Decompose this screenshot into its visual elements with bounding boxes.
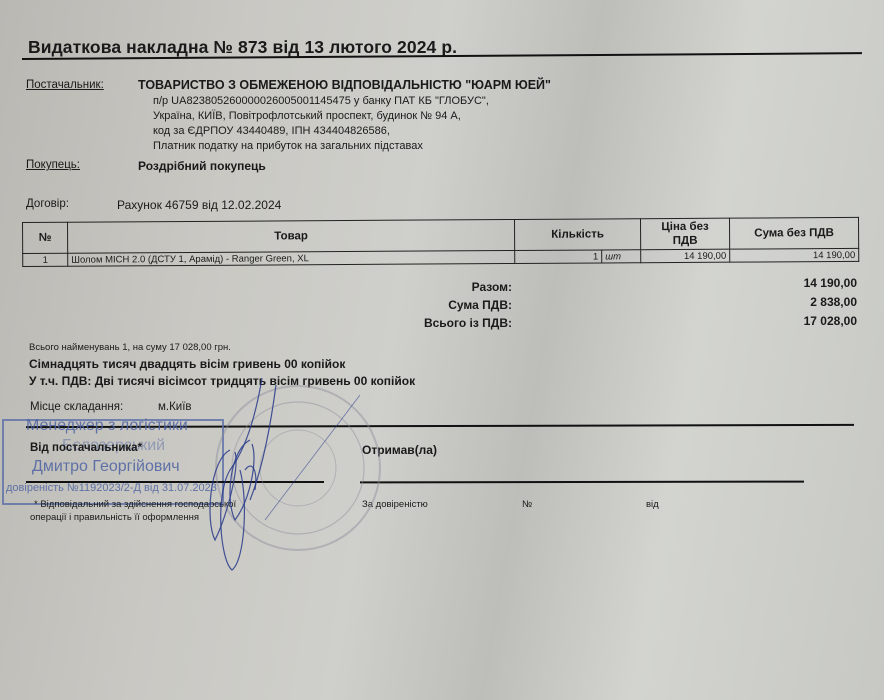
header-price: Ціна без ПДВ [640, 218, 729, 250]
amount-in-words: Сімнадцять тисяч двадцять вісім гривень … [29, 357, 345, 371]
contract-label: Договір: [26, 198, 69, 210]
header-price-line1: Ціна без [661, 221, 708, 233]
vat-value: 2 838,00 [737, 295, 857, 309]
footnote-line1: * Відповідальний за здійснення господарс… [34, 499, 236, 510]
buyer-value: Роздрібний покупець [138, 159, 266, 173]
total-value: 17 028,00 [737, 314, 857, 328]
poa-date-label: від [646, 499, 659, 510]
table-header-row: № Товар Кількість Ціна без ПДВ Сума без … [23, 217, 859, 253]
row-num: 1 [23, 253, 68, 266]
stamp-power-of-attorney: довіреність №1192023/2-Д від 31.07.2023 [6, 482, 217, 494]
supplier-tax-status: Платник податку на прибуток на загальних… [153, 140, 423, 152]
supplier-label: Постачальник: [26, 79, 104, 91]
contract-value: Рахунок 46759 від 12.02.2024 [117, 198, 281, 212]
total-label: Всього із ПДВ: [312, 316, 512, 330]
footnote-line2: операції і правильність її оформлення [30, 512, 199, 523]
vat-in-words: У т.ч. ПДВ: Дві тисячі вісімсот тридцять… [29, 374, 415, 388]
row-unit: шт [602, 250, 641, 263]
stamp-name: Дмитро Георгійович [32, 458, 180, 476]
header-qty: Кількість [514, 219, 640, 251]
supplier-signature-line [26, 481, 324, 483]
poa-number-label: № [522, 499, 532, 510]
summary-line: Всього найменувань 1, на суму 17 028,00 … [29, 342, 231, 353]
supplier-address: Україна, КИЇВ, Повітрофлотський проспект… [153, 110, 461, 122]
place-value: м.Київ [158, 401, 192, 413]
header-num: № [23, 222, 68, 253]
supplier-account: п/р UA823805260000026005001145475 у банк… [153, 95, 489, 107]
row-sum: 14 190,00 [730, 248, 859, 262]
received-label: Отримав(ла) [362, 443, 437, 457]
row-product: Шолом MICH 2.0 (ДСТУ 1, Арамід) - Ranger… [68, 250, 515, 266]
receiver-signature-line [360, 481, 804, 483]
items-table: № Товар Кількість Ціна без ПДВ Сума без … [22, 217, 859, 267]
from-supplier-label: Від постачальника* [30, 442, 142, 454]
buyer-label: Покупець: [26, 159, 80, 171]
header-price-line2: ПДВ [673, 235, 698, 247]
subtotal-value: 14 190,00 [737, 276, 857, 290]
place-label: Місце складання: [30, 401, 123, 413]
supplier-name: ТОВАРИСТВО З ОБМЕЖЕНОЮ ВІДПОВІДАЛЬНІСТЮ … [138, 78, 551, 92]
stamp-position: Менеджер з логістики [26, 417, 188, 435]
power-of-attorney-label: За довіреністю [362, 499, 428, 510]
header-product: Товар [68, 219, 515, 253]
signature-stroke-icon [265, 395, 360, 520]
subtotal-label: Разом: [312, 280, 512, 294]
vat-label: Сума ПДВ: [312, 298, 512, 312]
row-price: 14 190,00 [641, 249, 730, 263]
header-sum: Сума без ПДВ [729, 217, 858, 249]
company-seal-icon [216, 386, 380, 550]
row-qty: 1 [515, 250, 602, 264]
supplier-codes: код за ЄДРПОУ 43440489, ІПН 434404826586… [153, 125, 390, 137]
